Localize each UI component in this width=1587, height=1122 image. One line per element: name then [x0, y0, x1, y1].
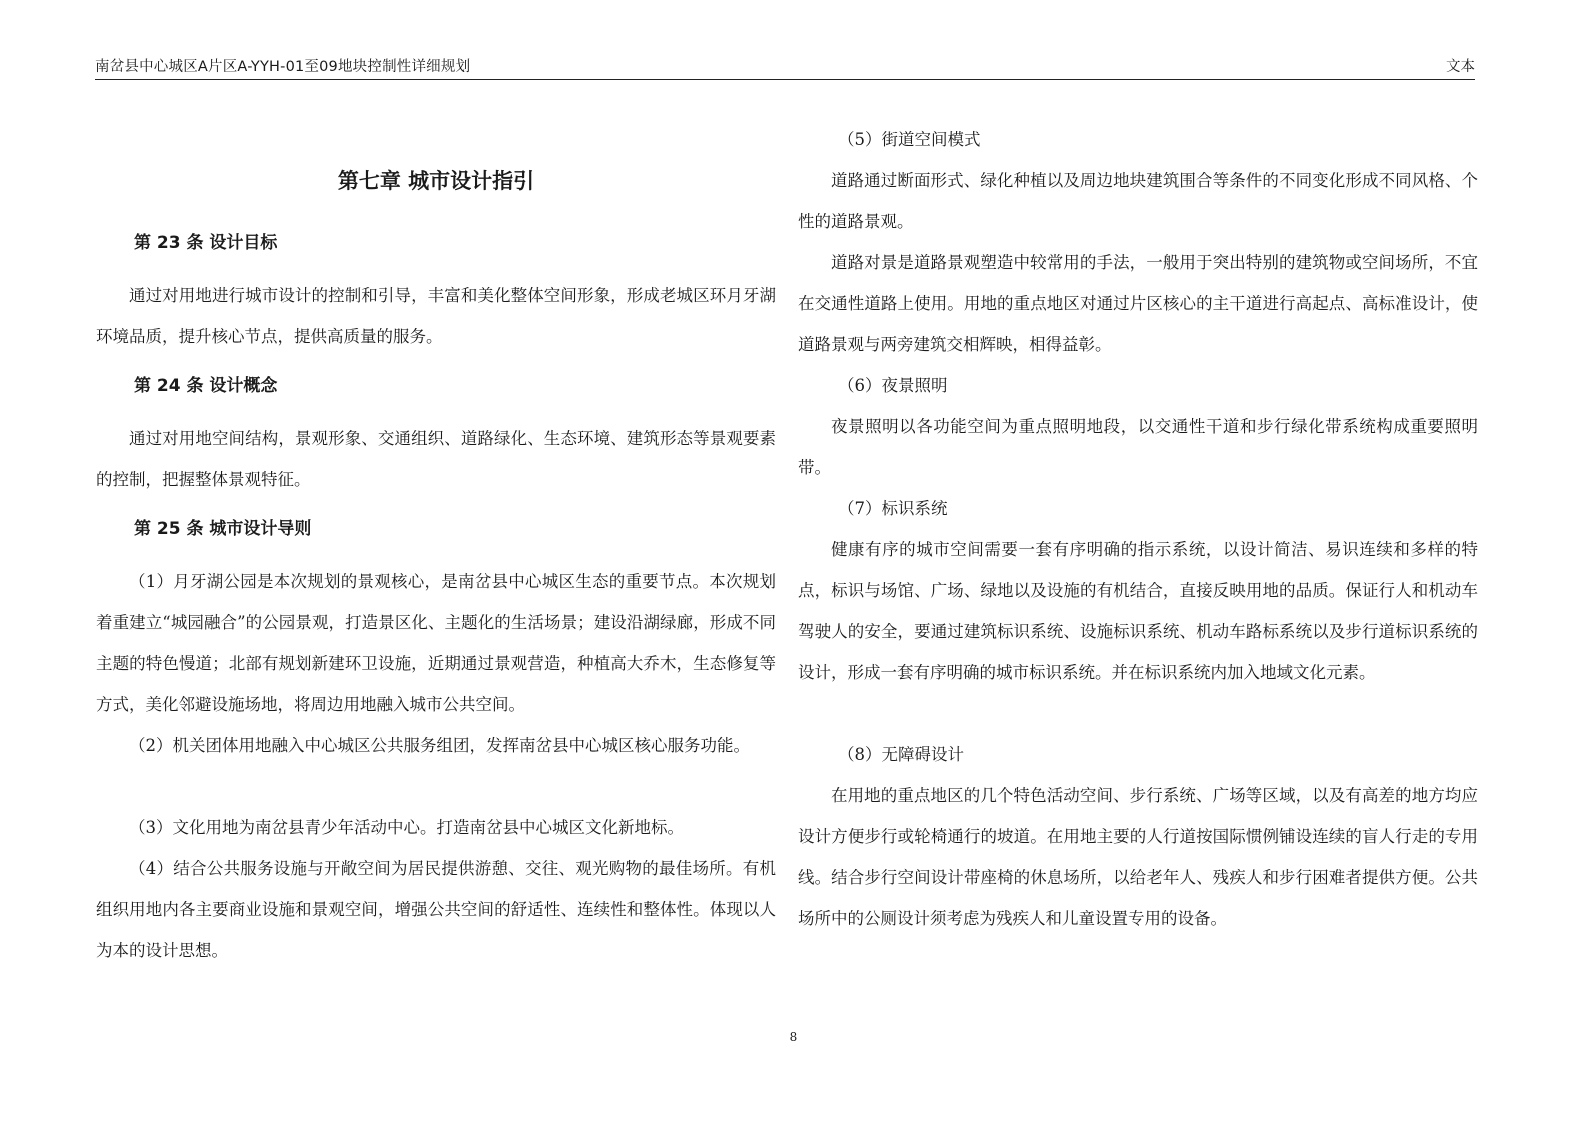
guideline-item-3: （3）文化用地为南岔县青少年活动中心。打造南岔县中心城区文化新地标。 — [96, 807, 776, 848]
guideline-item-2: （2）机关团体用地融入中心城区公共服务组团，发挥南岔县中心城区核心服务功能。 — [96, 725, 776, 766]
article-23-heading: 第 23 条 设计目标 — [134, 228, 277, 258]
document-title: 南岔县中心城区A片区A-YYH-01至09地块控制性详细规划 — [95, 57, 470, 77]
article-23-body: 通过对用地进行城市设计的控制和引导，丰富和美化整体空间形象，形成老城区环月牙湖环… — [96, 275, 776, 357]
section-5-paragraph-2: 道路对景是道路景观塑造中较常用的手法，一般用于突出特别的建筑物或空间场所，不宜在… — [798, 242, 1478, 365]
section-7-heading: （7）标识系统 — [838, 494, 948, 524]
article-25-heading: 第 25 条 城市设计导则 — [134, 514, 311, 544]
section-8-paragraph-1: 在用地的重点地区的几个特色活动空间、步行系统、广场等区域，以及有高差的地方均应设… — [798, 775, 1478, 939]
guideline-item-4: （4）结合公共服务设施与开敞空间为居民提供游憩、交往、观光购物的最佳场所。有机组… — [96, 848, 776, 971]
section-5-paragraph-1: 道路通过断面形式、绿化种植以及周边地块建筑围合等条件的不同变化形成不同风格、个性… — [798, 160, 1478, 242]
section-5-heading: （5）街道空间模式 — [838, 125, 981, 155]
page-header: 南岔县中心城区A片区A-YYH-01至09地块控制性详细规划 文本 — [95, 56, 1475, 80]
section-6-paragraph-1: 夜景照明以各功能空间为重点照明地段，以交通性干道和步行绿化带系统构成重要照明带。 — [798, 406, 1478, 488]
section-6-heading: （6）夜景照明 — [838, 371, 948, 401]
section-8-heading: （8）无障碍设计 — [838, 740, 964, 770]
page-number: 8 — [0, 1030, 1587, 1044]
guideline-item-1: （1）月牙湖公园是本次规划的景观核心，是南岔县中心城区生态的重要节点。本次规划着… — [96, 561, 776, 725]
document-type-label: 文本 — [1446, 57, 1475, 77]
chapter-title: 第七章 城市设计指引 — [96, 163, 776, 199]
article-24-heading: 第 24 条 设计概念 — [134, 371, 277, 401]
article-24-body: 通过对用地空间结构，景观形象、交通组织、道路绿化、生态环境、建筑形态等景观要素的… — [96, 418, 776, 500]
section-7-paragraph-1: 健康有序的城市空间需要一套有序明确的指示系统，以设计简洁、易识连续和多样的特点，… — [798, 529, 1478, 693]
